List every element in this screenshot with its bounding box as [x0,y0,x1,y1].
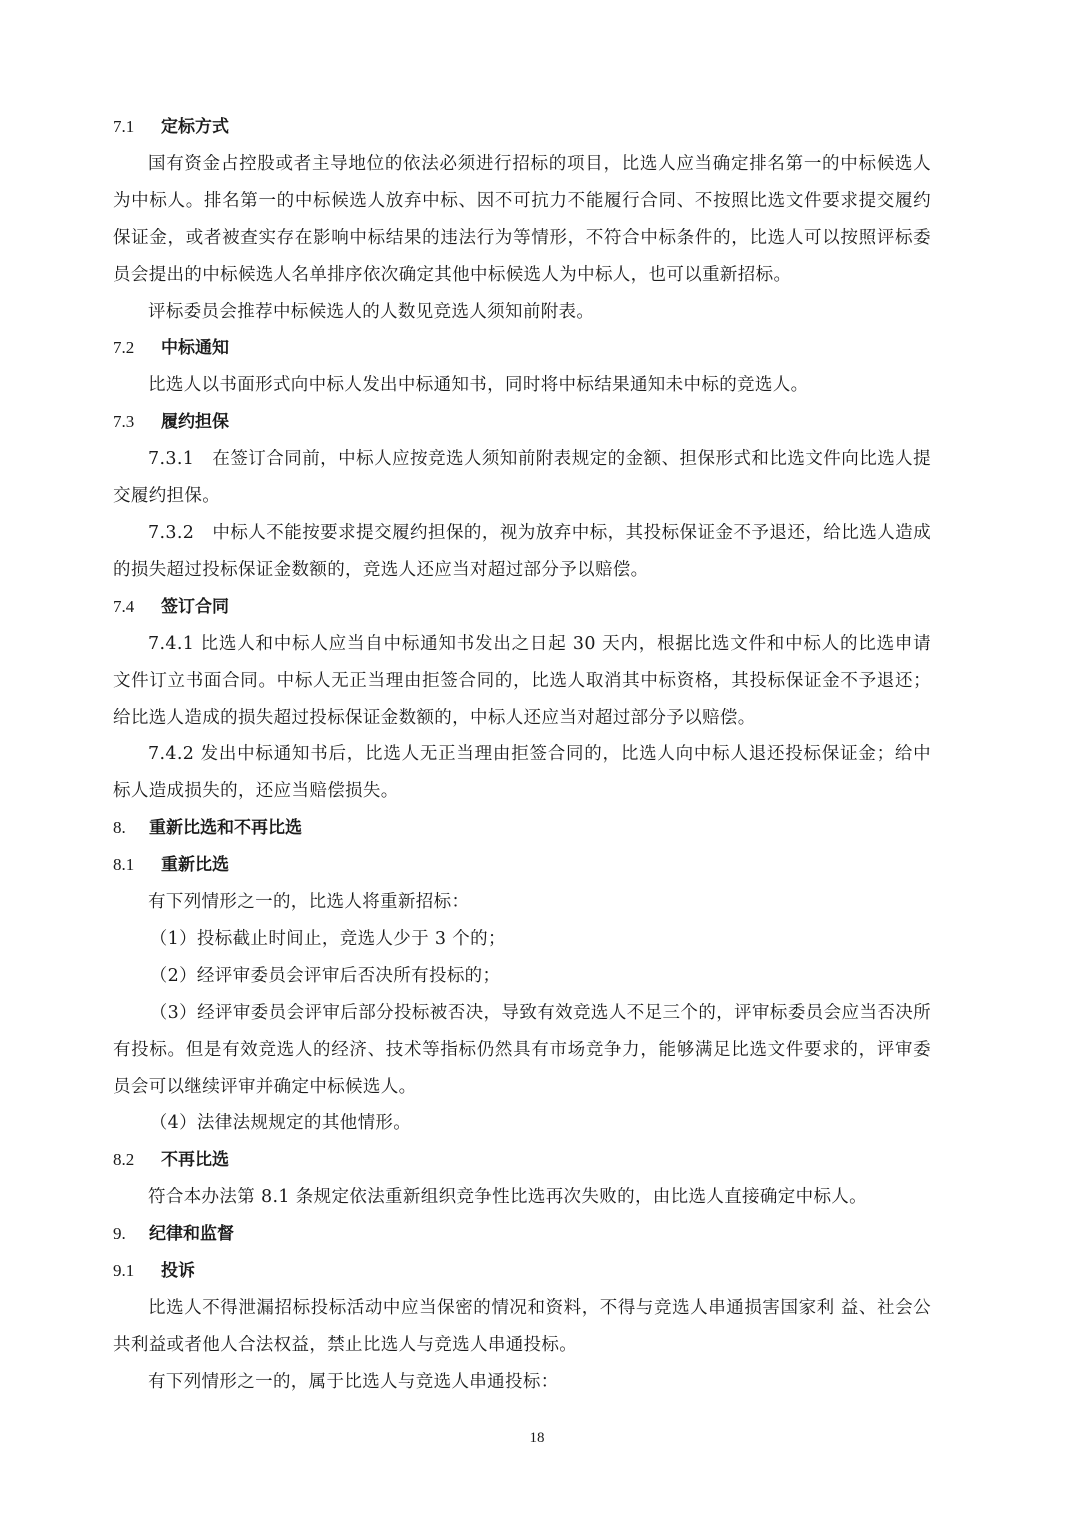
section-heading-9-1: 9.1投诉 [113,1253,931,1290]
paragraph: 有下列情形之一的，属于比选人与竞选人串通投标： [113,1364,931,1401]
section-heading-7-4: 7.4签订合同 [113,589,931,626]
section-heading-8-2: 8.2不再比选 [113,1142,931,1179]
section-heading-7-3: 7.3履约担保 [113,404,931,441]
list-item: （3）经评审委员会评审后部分投标被否决，导致有效竞选人不足三个的，评审标委员会应… [113,995,931,1106]
paragraph: 评标委员会推荐中标候选人的人数见竞选人须知前附表。 [113,294,931,331]
section-heading-8: 8.重新比选和不再比选 [113,810,931,847]
paragraph: 比选人以书面形式向中标人发出中标通知书，同时将中标结果通知未中标的竞选人。 [113,367,931,404]
paragraph: 7.3.2 中标人不能按要求提交履约担保的，视为放弃中标，其投标保证金不予退还，… [113,515,931,589]
list-item: （2）经评审委员会评审后否决所有投标的； [113,958,931,995]
paragraph: 7.4.2 发出中标通知书后，比选人无正当理由拒签合同的，比选人向中标人退还投标… [113,736,931,810]
paragraph: 有下列情形之一的，比选人将重新招标： [113,884,931,921]
list-item: （4）法律法规规定的其他情形。 [113,1105,931,1142]
section-heading-8-1: 8.1重新比选 [113,847,931,884]
document-page: 7.1定标方式 国有资金占控股或者主导地位的依法必须进行招标的项目，比选人应当确… [113,109,931,1401]
paragraph: 比选人不得泄漏招标投标活动中应当保密的情况和资料，不得与竞选人串通损害国家利 益… [113,1290,931,1364]
section-heading-7-1: 7.1定标方式 [113,109,931,146]
section-heading-9: 9.纪律和监督 [113,1216,931,1253]
list-item: （1）投标截止时间止，竞选人少于 3 个的； [113,921,931,958]
section-heading-7-2: 7.2中标通知 [113,330,931,367]
paragraph: 7.4.1 比选人和中标人应当自中标通知书发出之日起 30 天内，根据比选文件和… [113,626,931,737]
paragraph: 7.3.1 在签订合同前，中标人应按竞选人须知前附表规定的金额、担保形式和比选文… [113,441,931,515]
page-number: 18 [0,1430,1074,1447]
paragraph: 国有资金占控股或者主导地位的依法必须进行招标的项目，比选人应当确定排名第一的中标… [113,146,931,294]
paragraph: 符合本办法第 8.1 条规定依法重新组织竞争性比选再次失败的，由比选人直接确定中… [113,1179,931,1216]
